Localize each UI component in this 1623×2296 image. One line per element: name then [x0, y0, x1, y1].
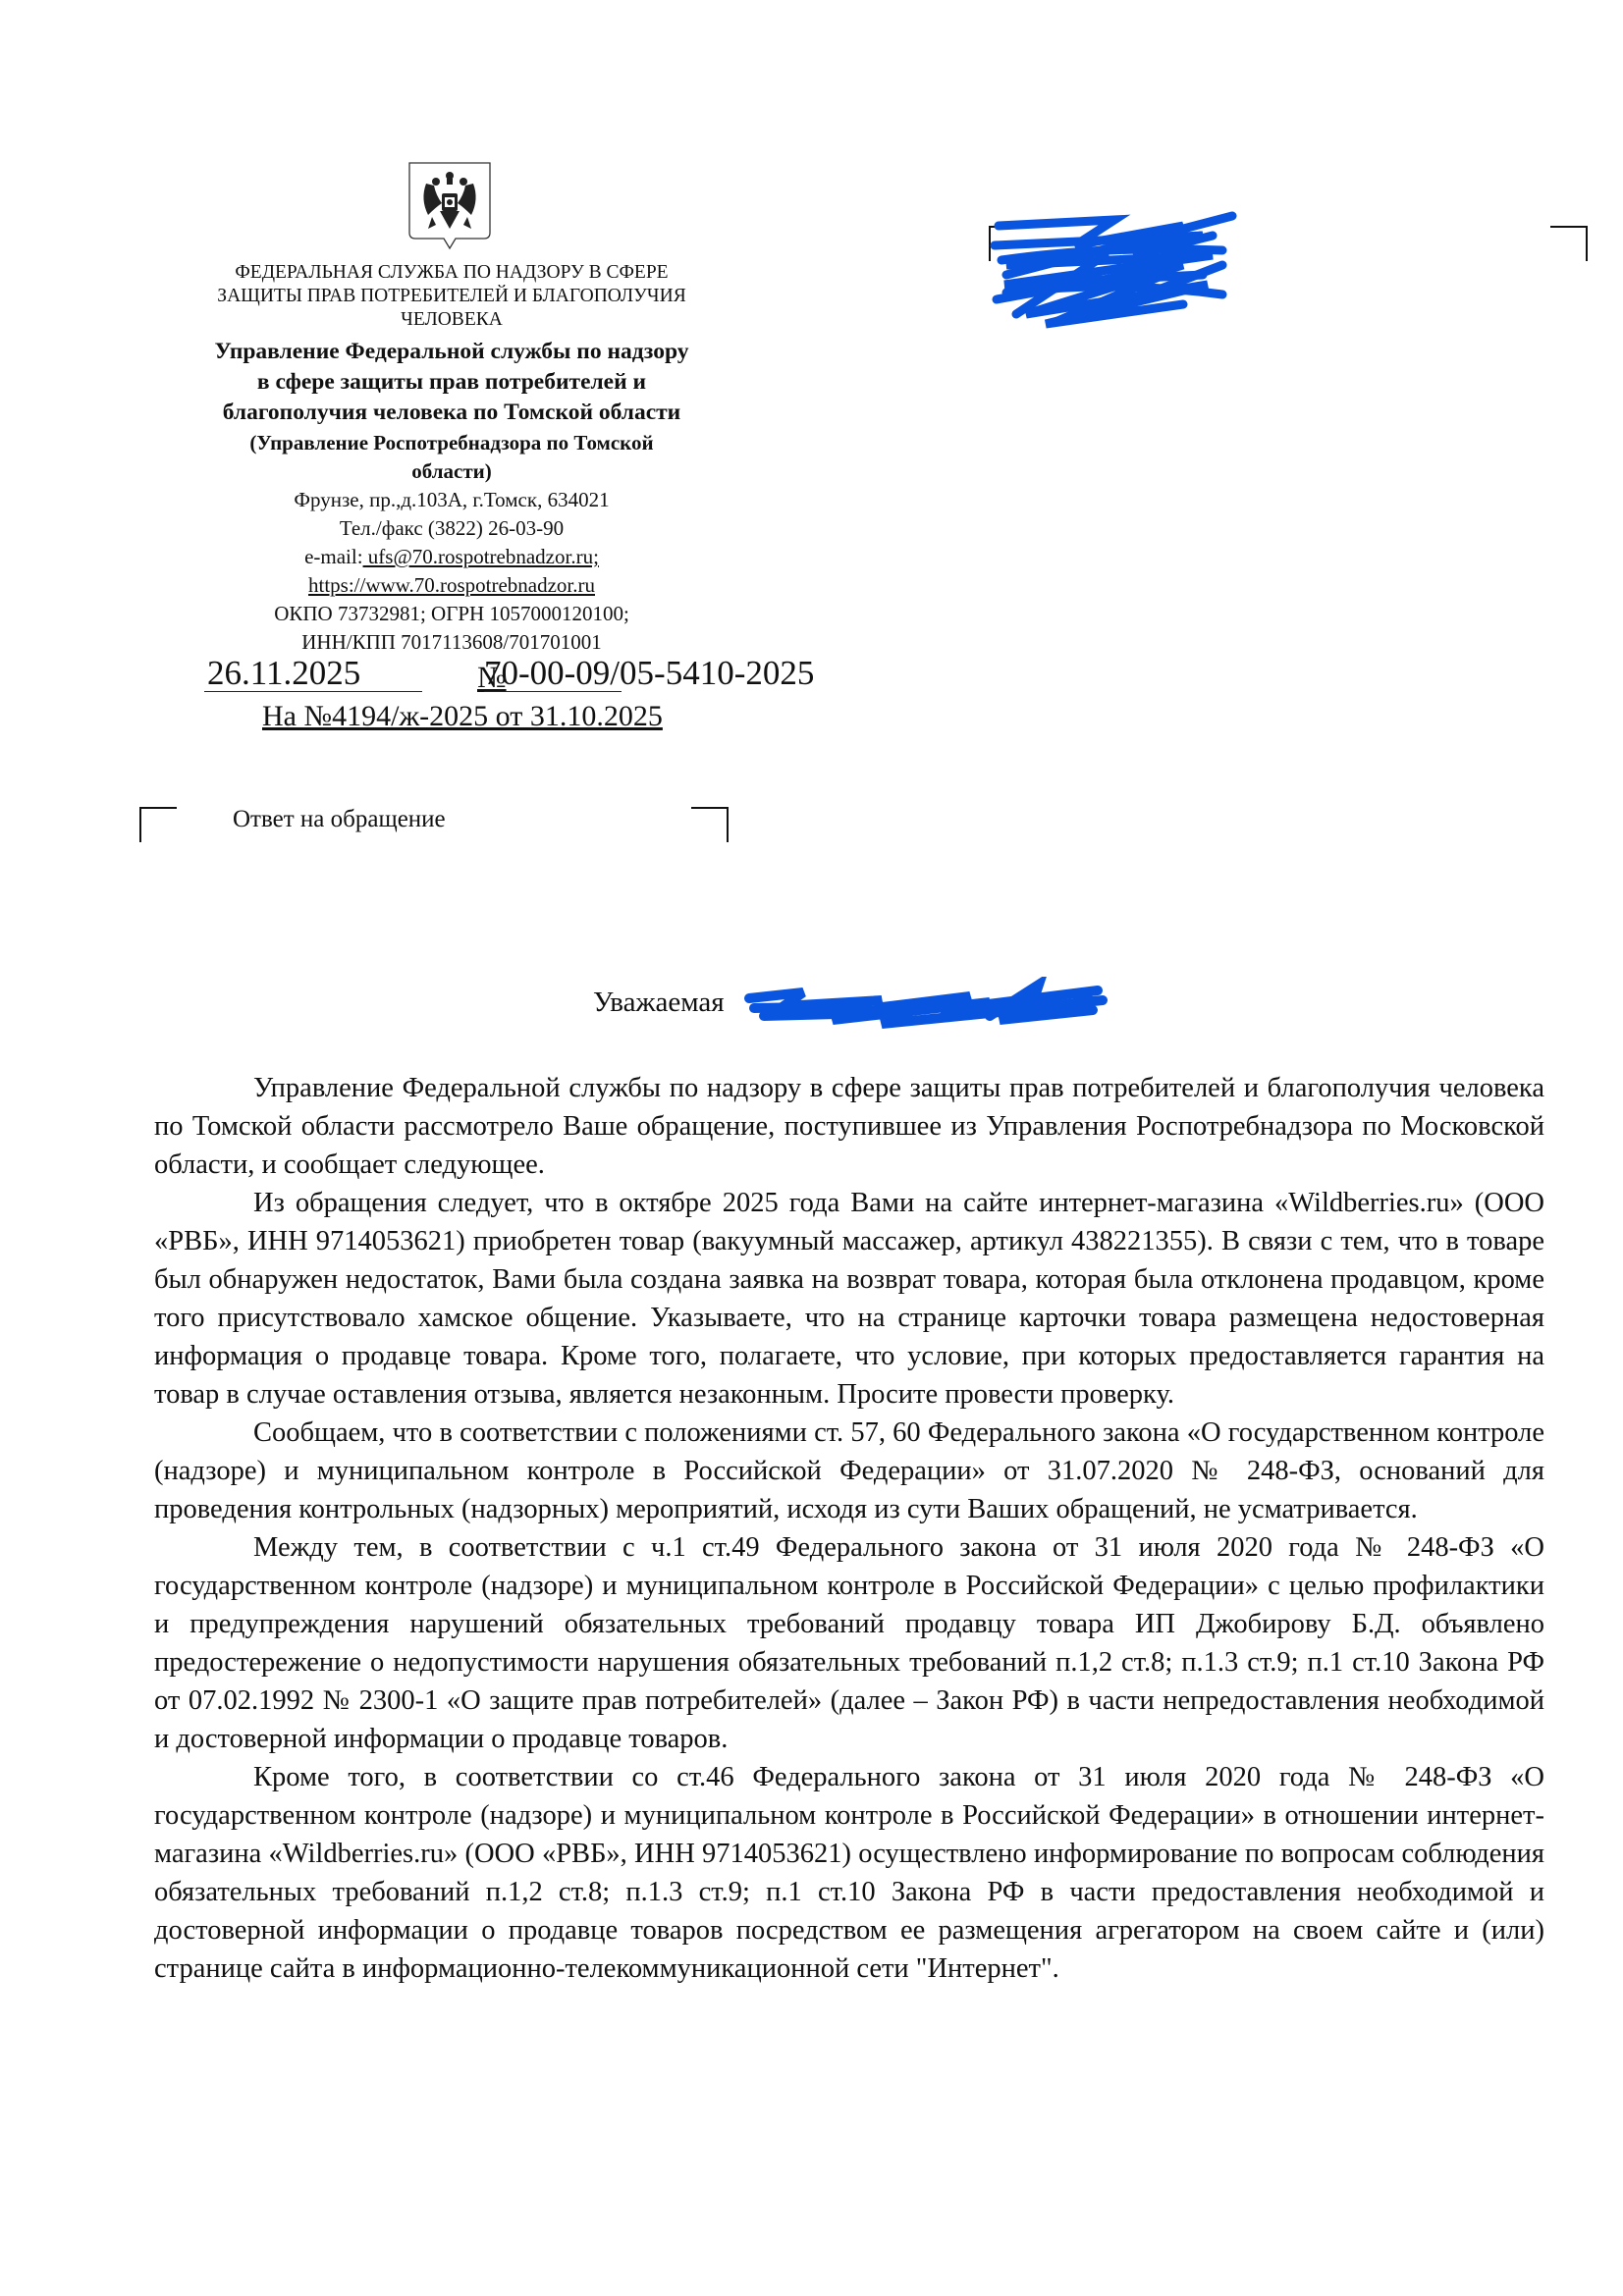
- date-underline: [204, 691, 422, 692]
- inn-kpp: ИНН/КПП 7017113608/701701001: [147, 628, 756, 657]
- letter-body: Управление Федеральной службы по надзору…: [154, 1069, 1544, 1988]
- registration-date: 26.11.2025: [207, 654, 360, 693]
- number-underline: [484, 691, 622, 692]
- department-line: Управление Федеральной службы по надзору: [147, 337, 756, 367]
- salutation-prefix: Уважаемая: [593, 987, 725, 1018]
- russian-coat-of-arms-icon: [406, 160, 493, 250]
- agency-line: ЗАЩИТЫ ПРАВ ПОТРЕБИТЕЛЕЙ И БЛАГОПОЛУЧИЯ: [147, 285, 756, 308]
- okpo-ogrn: ОКПО 73732981; ОГРН 1057000120100;: [147, 600, 756, 628]
- email-link[interactable]: ufs@70.rospotrebnadzor.ru;: [363, 545, 599, 568]
- department-short-line: (Управление Роспотребнадзора по Томской: [147, 429, 756, 457]
- agency-name: ФЕДЕРАЛЬНАЯ СЛУЖБА ПО НАДЗОРУ В СФЕРЕ ЗА…: [147, 261, 756, 332]
- phone: Тел./факс (3822) 26-03-90: [147, 514, 756, 543]
- department-short-name: (Управление Роспотребнадзора по Томской …: [147, 429, 756, 486]
- recipient-bracket-right: [1550, 226, 1588, 261]
- registration-line: 26.11.2025 № 70-00-09/05-5410-2025: [204, 654, 892, 697]
- subject-bracket-right: [691, 807, 729, 842]
- name-redaction: [744, 977, 1109, 1036]
- body-paragraph: Кроме того, в соответствии со ст.46 Феде…: [154, 1758, 1544, 1988]
- registration-number: 70-00-09/05-5410-2025: [484, 654, 814, 693]
- agency-line: ЧЕЛОВЕКА: [147, 308, 756, 332]
- contact-block: Фрунзе, пр.,д.103А, г.Томск, 634021 Тел.…: [147, 486, 756, 657]
- reply-reference: На №4194/ж-2025 от 31.10.2025: [262, 699, 663, 734]
- department-name: Управление Федеральной службы по надзору…: [147, 337, 756, 428]
- email-row: e-mail: ufs@70.rospotrebnadzor.ru;: [147, 543, 756, 571]
- department-short-line: области): [147, 457, 756, 486]
- coat-of-arms-emblem: [406, 160, 493, 250]
- website-link[interactable]: https://www.70.rospotrebnadzor.ru: [308, 573, 595, 597]
- body-paragraph: Между тем, в соответствии с ч.1 ст.49 Фе…: [154, 1528, 1544, 1758]
- body-paragraph: Сообщаем, что в соответствии с положения…: [154, 1414, 1544, 1528]
- department-line: благополучия человека по Томской области: [147, 398, 756, 428]
- address: Фрунзе, пр.,д.103А, г.Томск, 634021: [147, 486, 756, 514]
- subject-bracket-left: [139, 807, 177, 842]
- department-line: в сфере защиты прав потребителей и: [147, 367, 756, 398]
- subject-line: Ответ на обращение: [233, 805, 446, 834]
- body-paragraph: Из обращения следует, что в октябре 2025…: [154, 1184, 1544, 1414]
- agency-line: ФЕДЕРАЛЬНАЯ СЛУЖБА ПО НАДЗОРУ В СФЕРЕ: [147, 261, 756, 285]
- recipient-redaction: [987, 206, 1252, 334]
- body-paragraph: Управление Федеральной службы по надзору…: [154, 1069, 1544, 1184]
- email-label: e-mail:: [304, 545, 362, 568]
